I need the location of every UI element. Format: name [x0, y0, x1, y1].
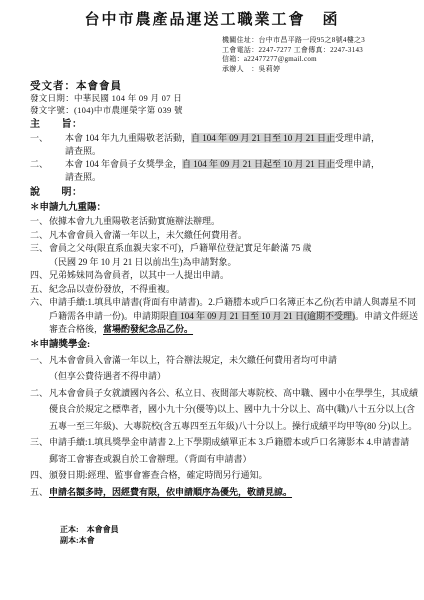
item-number: 一、: [30, 215, 49, 229]
item-text: 本會 104 年九九重陽敬老活動，自 104 年 09 月 21 日至 10 月…: [65, 132, 418, 158]
item-text: 兄弟姊妹同為會員者，以其中一人提出申請。: [49, 269, 418, 283]
item-text-pre: 本會 104 年九九重陽敬老活動，: [65, 133, 191, 143]
item-text-pre: 本會 104 年會員子女獎學金，: [65, 159, 182, 169]
org-address-line: 機關住址：台中市昌平路一段95之8號4樓之3: [222, 36, 402, 46]
souvenir-underline: 當場酌發紀念品乙份。: [103, 324, 193, 334]
item-number: 六、: [30, 296, 49, 337]
item-number: 四、: [30, 269, 49, 283]
letterhead: 機關住址：台中市昌平路一段95之8號4樓之3 工會電話：2247-7277 工會…: [222, 36, 402, 74]
item-number: 一、: [30, 352, 49, 385]
item-number: 二、: [30, 385, 49, 435]
subject-item: 二、 本會 104 年會員子女獎學金，自 104 年 09 月 21 日起至 1…: [30, 158, 418, 184]
explanation-heading: 說 明：: [30, 186, 418, 200]
item-number: 五、: [30, 283, 49, 297]
scholarship-item: 三、 申請手續:1.填具獎學金申請書 2.上下學期成績單正本 3.戶籍謄本或戶口…: [30, 434, 418, 467]
item-text: 本會 104 年會員子女獎學金，自 104 年 09 月 21 日起至 10 月…: [65, 158, 418, 184]
copy-distribution-block: 正本: 本會會員 副本:本會: [60, 524, 418, 546]
contact-person-line: 承辦人 ：吳莉婷: [222, 65, 402, 75]
item-text: 申請手續:1.填具獎學金申請書 2.上下學期成績單正本 3.戶籍謄本或戶口名簿影…: [49, 434, 418, 467]
subject-heading: 主 旨：: [30, 118, 418, 132]
recipient-line: 受文者：本會會員: [30, 80, 424, 93]
chongyang-section-heading: ＊申請九九重陽：: [30, 201, 418, 215]
item-number: 三、: [30, 434, 49, 467]
org-email-line: 信箱：a22477277@gmail.com: [222, 55, 402, 65]
item-text: 依據本會九九重陽敬老活動實施辦法辦理。: [49, 215, 418, 229]
scholarship-item: 一、 凡本會會員入會滿一年以上，符合辦法規定，未欠繳任何費用者均可申請 （但享公…: [30, 352, 418, 385]
date-range-highlight: 自 104 年 09 月 21 日起至 10 月 21 日止: [182, 159, 335, 169]
doc-number-line: 發文字號：(104)中市農運榮字第 039 號: [30, 105, 424, 117]
scholarship-item: 五、 申請名額多時，因經費有限，依申請順序為優先，敬請見諒。: [30, 484, 418, 501]
item-text: 頒發日期:經理、監事會審查合格，確定時間另行通知。: [49, 467, 418, 484]
org-phone-fax-line: 工會電話：2247-7277 工會傳真：2247-3143: [222, 46, 402, 56]
scholarship-item: 四、 頒發日期:經理、監事會審查合格，確定時間另行通知。: [30, 467, 418, 484]
priority-note-underline: 申請名額多時，因經費有限，依申請順序為優先，敬請見諒。: [49, 487, 292, 497]
item-text: 申請名額多時，因經費有限，依申請順序為優先，敬請見諒。: [49, 484, 418, 501]
chongyang-item: 六、 申請手續:1.填具申請書(背面有申請書)。2.戶籍謄本或戶口名簿正本乙份(…: [30, 296, 418, 337]
item-number: 五、: [30, 484, 49, 501]
item-text: 申請手續:1.填具申請書(背面有申請書)。2.戶籍謄本或戶口名簿正本乙份(若申請…: [49, 296, 418, 337]
scholarship-item: 二、 凡本會會員子女就讀國內各公、私立日、夜間部大專院校、高中職、國中小在學學生…: [30, 385, 418, 435]
copy-recipient-line: 副本:本會: [60, 535, 418, 546]
explanation-section: 說 明： ＊申請九九重陽： 一、 依據本會九九重陽敬老活動實施辦法辦理。 二、 …: [30, 186, 418, 500]
original-recipient-line: 正本: 本會會員: [60, 524, 418, 535]
item-text: 凡本會會員入會滿一年以上，符合辦法規定，未欠繳任何費用者均可申請 （但享公費待遇…: [49, 352, 418, 385]
document-title: 台中市農產品運送工職業工會 函: [0, 10, 424, 31]
subject-item: 一、 本會 104 年九九重陽敬老活動，自 104 年 09 月 21 日至 1…: [30, 132, 418, 158]
item-text: 凡本會會員入會滿一年以上，未欠繳任何費用者。: [49, 229, 418, 243]
chongyang-item: 二、 凡本會會員入會滿一年以上，未欠繳任何費用者。: [30, 229, 418, 243]
item-number: 四、: [30, 467, 49, 484]
chongyang-item: 四、 兄弟姊妹同為會員者，以其中一人提出申請。: [30, 269, 418, 283]
item-number: 二、: [30, 229, 49, 243]
scholarship-section: ＊申請獎學金: 一、 凡本會會員入會滿一年以上，符合辦法規定，未欠繳任何費用者均…: [30, 338, 418, 501]
letter-page: 台中市農產品運送工職業工會 函 機關住址：台中市昌平路一段95之8號4樓之3 工…: [0, 0, 424, 600]
application-period-highlight: 自 104 年 09 月 21 日至 10 月 21 日(逾期不受理): [169, 311, 355, 321]
meta-block: 受文者：本會會員 發文日期：中華民國 104 年 09 月 07 日 發文字號：…: [30, 80, 424, 116]
chongyang-item: 三、 會員之父母(限直系血親夫家不可)，戶籍單位登記實足年齡滿 75 歲 （民國…: [30, 242, 418, 269]
item-number: 二、: [30, 158, 65, 184]
chongyang-item: 一、 依據本會九九重陽敬老活動實施辦法辦理。: [30, 215, 418, 229]
chongyang-item: 五、 紀念品以壹份發放，不得重複。: [30, 283, 418, 297]
item-text: 紀念品以壹份發放，不得重複。: [49, 283, 418, 297]
item-text: 會員之父母(限直系血親夫家不可)，戶籍單位登記實足年齡滿 75 歲 （民國 29…: [49, 242, 418, 269]
date-range-highlight: 自 104 年 09 月 21 日至 10 月 21 日止: [191, 133, 335, 143]
scholarship-section-heading: ＊申請獎學金:: [30, 338, 418, 352]
item-text: 凡本會會員子女就讀國內各公、私立日、夜間部大專院校、高中職、國中小在學學生，其成…: [49, 385, 418, 435]
subject-section: 主 旨： 一、 本會 104 年九九重陽敬老活動，自 104 年 09 月 21…: [30, 118, 418, 184]
item-number: 三、: [30, 242, 49, 269]
item-number: 一、: [30, 132, 65, 158]
issue-date-line: 發文日期：中華民國 104 年 09 月 07 日: [30, 93, 424, 105]
